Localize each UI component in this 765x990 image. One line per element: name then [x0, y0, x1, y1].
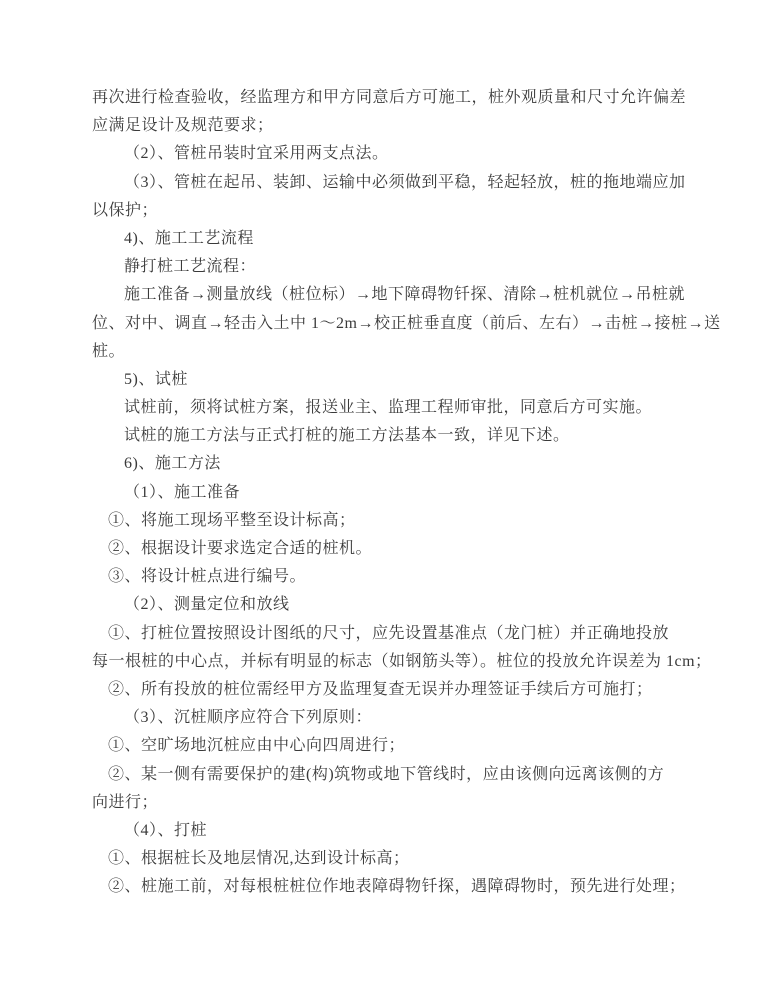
text-line: 以保护； [92, 197, 677, 225]
text-line: 静打桩工艺流程： [92, 253, 677, 281]
text-line: 试桩前，须将试桩方案，报送业主、监理工程师审批，同意后方可实施。 [92, 394, 677, 422]
text-line: （2）、管桩吊装时宜采用两支点法。 [92, 140, 677, 168]
text-line: ①、将施工现场平整至设计标高； [92, 507, 677, 535]
text-line: 试桩的施工方法与正式打桩的施工方法基本一致，详见下述。 [92, 422, 677, 450]
text-line: （2）、测量定位和放线 [92, 591, 677, 619]
document-text-body: 再次进行检查验收，经监理方和甲方同意后方可施工，桩外观质量和尺寸允许偏差 应满足… [92, 84, 677, 901]
text-line: （4）、打桩 [92, 817, 677, 845]
document-page: { "page": { "background": "#ffffff", "te… [0, 0, 765, 990]
text-line: 4)、施工工艺流程 [92, 225, 677, 253]
text-line: ①、根据桩长及地层情况,达到设计标高； [92, 845, 677, 873]
text-line: （3）、沉桩顺序应符合下列原则： [92, 704, 677, 732]
text-line: ②、桩施工前，对每根桩桩位作地表障碍物钎探，遇障碍物时，预先进行处理； [92, 873, 677, 901]
text-line: ③、将设计桩点进行编号。 [92, 563, 677, 591]
text-line: 再次进行检查验收，经监理方和甲方同意后方可施工，桩外观质量和尺寸允许偏差 [92, 84, 677, 112]
text-line: ①、空旷场地沉桩应由中心向四周进行； [92, 732, 677, 760]
text-line: 位、对中、调直→轻击入土中 1～2m→校正桩垂直度（前后、左右）→击桩→接桩→送 [92, 310, 677, 338]
text-line: 桩。 [92, 338, 677, 366]
text-line: ②、所有投放的桩位需经甲方及监理复查无误并办理签证手续后方可施打； [92, 676, 677, 704]
text-line: 施工准备→测量放线（桩位标）→地下障碍物钎探、清除→桩机就位→吊桩就 [92, 281, 677, 309]
text-line: 每一根桩的中心点，并标有明显的标志（如钢筋头等）。桩位的投放允许误差为 1cm； [92, 648, 677, 676]
text-line: 5)、试桩 [92, 366, 677, 394]
text-line: （3）、管桩在起吊、装卸、运输中必须做到平稳，轻起轻放，桩的拖地端应加 [92, 169, 677, 197]
text-line: 6)、施工方法 [92, 450, 677, 478]
text-line: ②、根据设计要求选定合适的桩机。 [92, 535, 677, 563]
text-line: ②、某一侧有需要保护的建(构)筑物或地下管线时，应由该侧向远离该侧的方 [92, 761, 677, 789]
page: 再次进行检查验收，经监理方和甲方同意后方可施工，桩外观质量和尺寸允许偏差 应满足… [0, 0, 765, 990]
text-line: （1）、施工准备 [92, 479, 677, 507]
text-line: 应满足设计及规范要求； [92, 112, 677, 140]
text-line: 向进行； [92, 789, 677, 817]
text-line: ①、打桩位置按照设计图纸的尺寸，应先设置基准点（龙门桩）并正确地投放 [92, 620, 677, 648]
